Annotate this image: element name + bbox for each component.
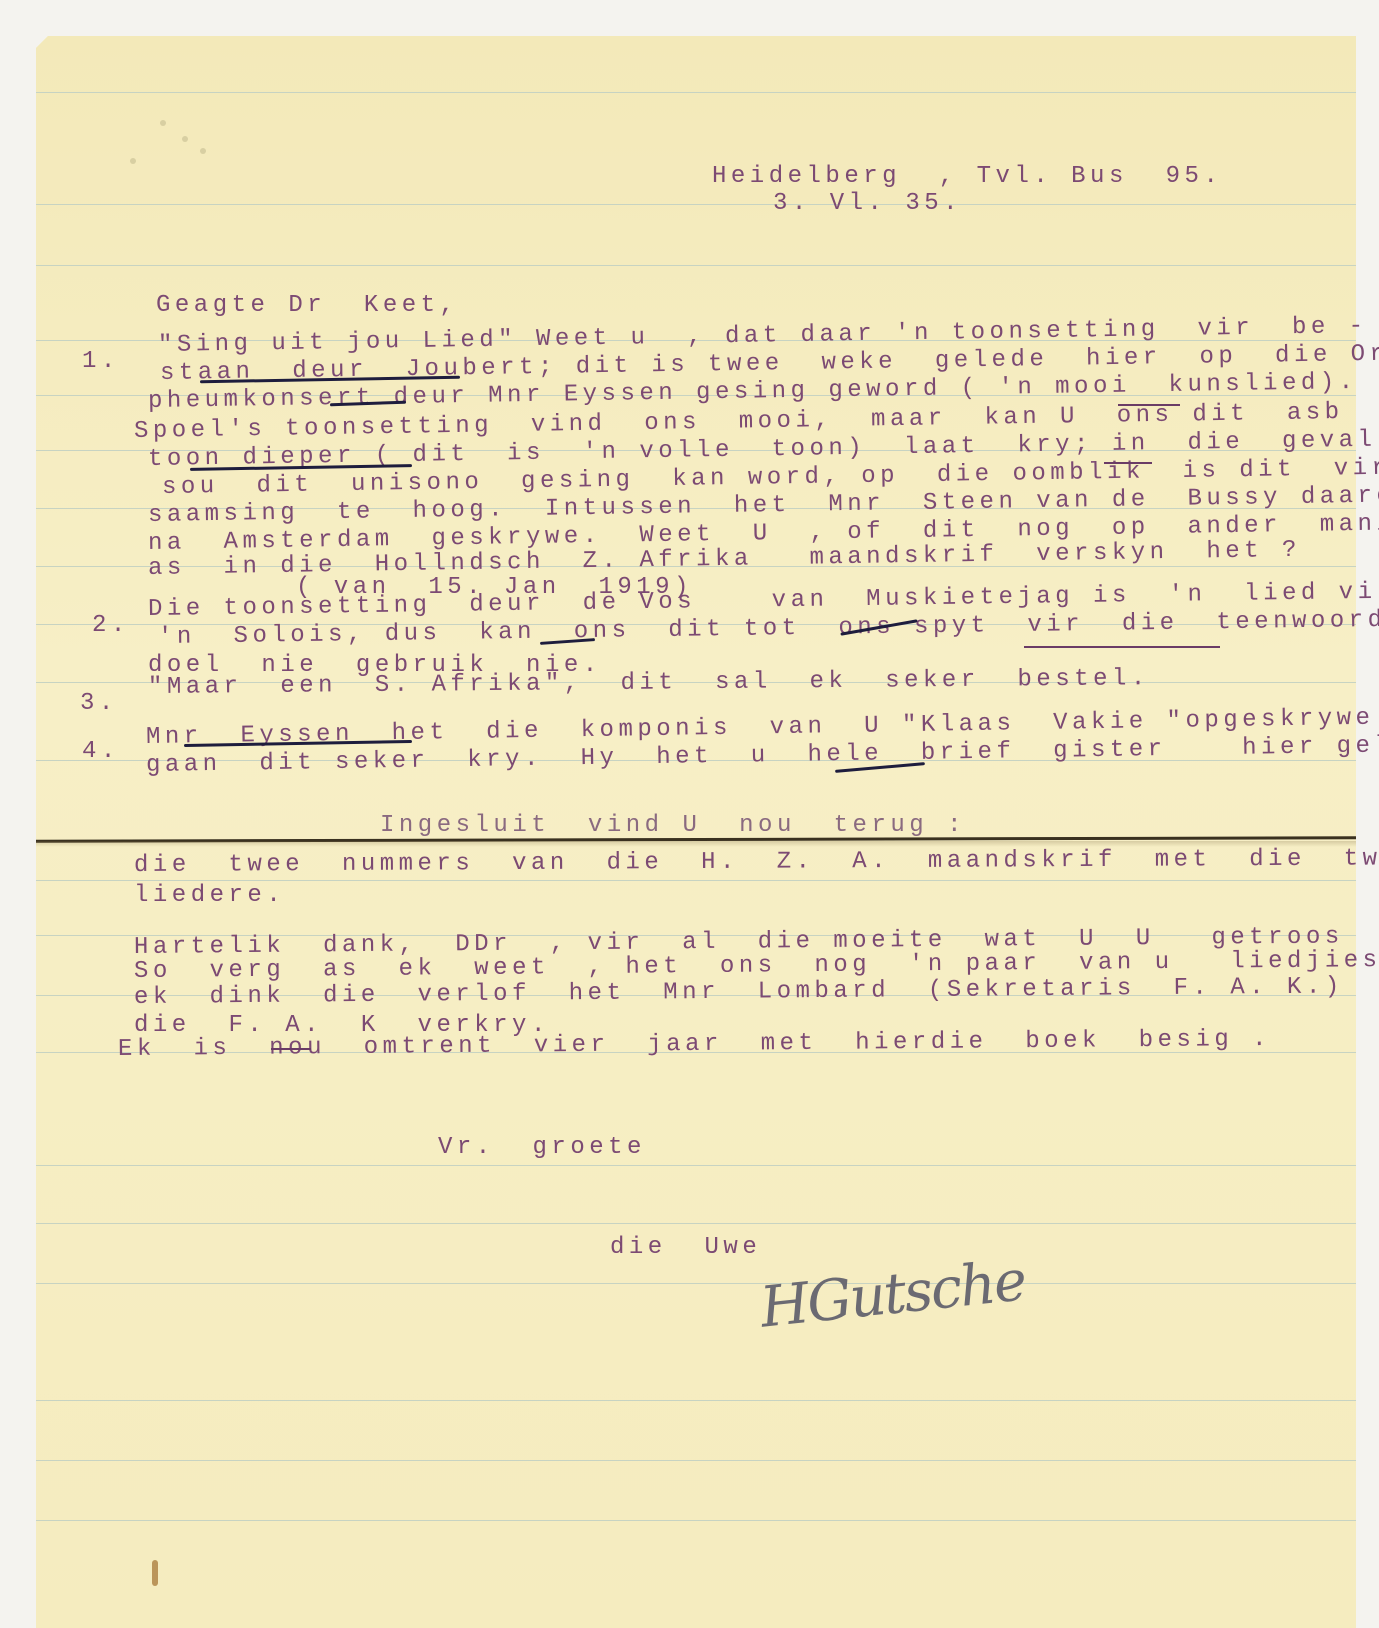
ruled-line (36, 1460, 1356, 1461)
typed-underline (271, 1048, 311, 1050)
paper-stain (152, 1560, 158, 1586)
typed-underline (1024, 646, 1220, 648)
salutation: Geagte Dr Keet, (156, 292, 458, 319)
ruled-line (36, 1520, 1356, 1521)
ruled-line (36, 880, 1356, 881)
paper-dent (200, 148, 206, 154)
paper-dent (182, 136, 188, 142)
ruled-line (36, 92, 1356, 93)
regards: Vr. groete (438, 1134, 646, 1161)
ruled-line (36, 1283, 1356, 1284)
ruled-line (36, 265, 1356, 266)
item-number: 2. (92, 612, 130, 639)
item-number: 3. (80, 690, 118, 717)
ruled-line (36, 1223, 1356, 1224)
fold-line-text: Ingesluit vind U nou terug : (380, 812, 966, 839)
paper-dent (130, 158, 136, 164)
letter-address: Heidelberg , Tvl. Bus 95. (712, 163, 1222, 190)
ruled-line (36, 204, 1356, 205)
enclosure-line: liedere. (134, 882, 285, 909)
sign-off: die Uwe (610, 1234, 761, 1261)
paper-dent (160, 120, 166, 126)
ruled-line (36, 1400, 1356, 1401)
item-number: 4. (82, 738, 120, 765)
item-number: 1. (82, 348, 120, 375)
typed-underline (1104, 462, 1152, 464)
typed-underline (1118, 404, 1180, 406)
letter-date: 3. Vl. 35. (773, 190, 962, 217)
ruled-line (36, 1165, 1356, 1166)
